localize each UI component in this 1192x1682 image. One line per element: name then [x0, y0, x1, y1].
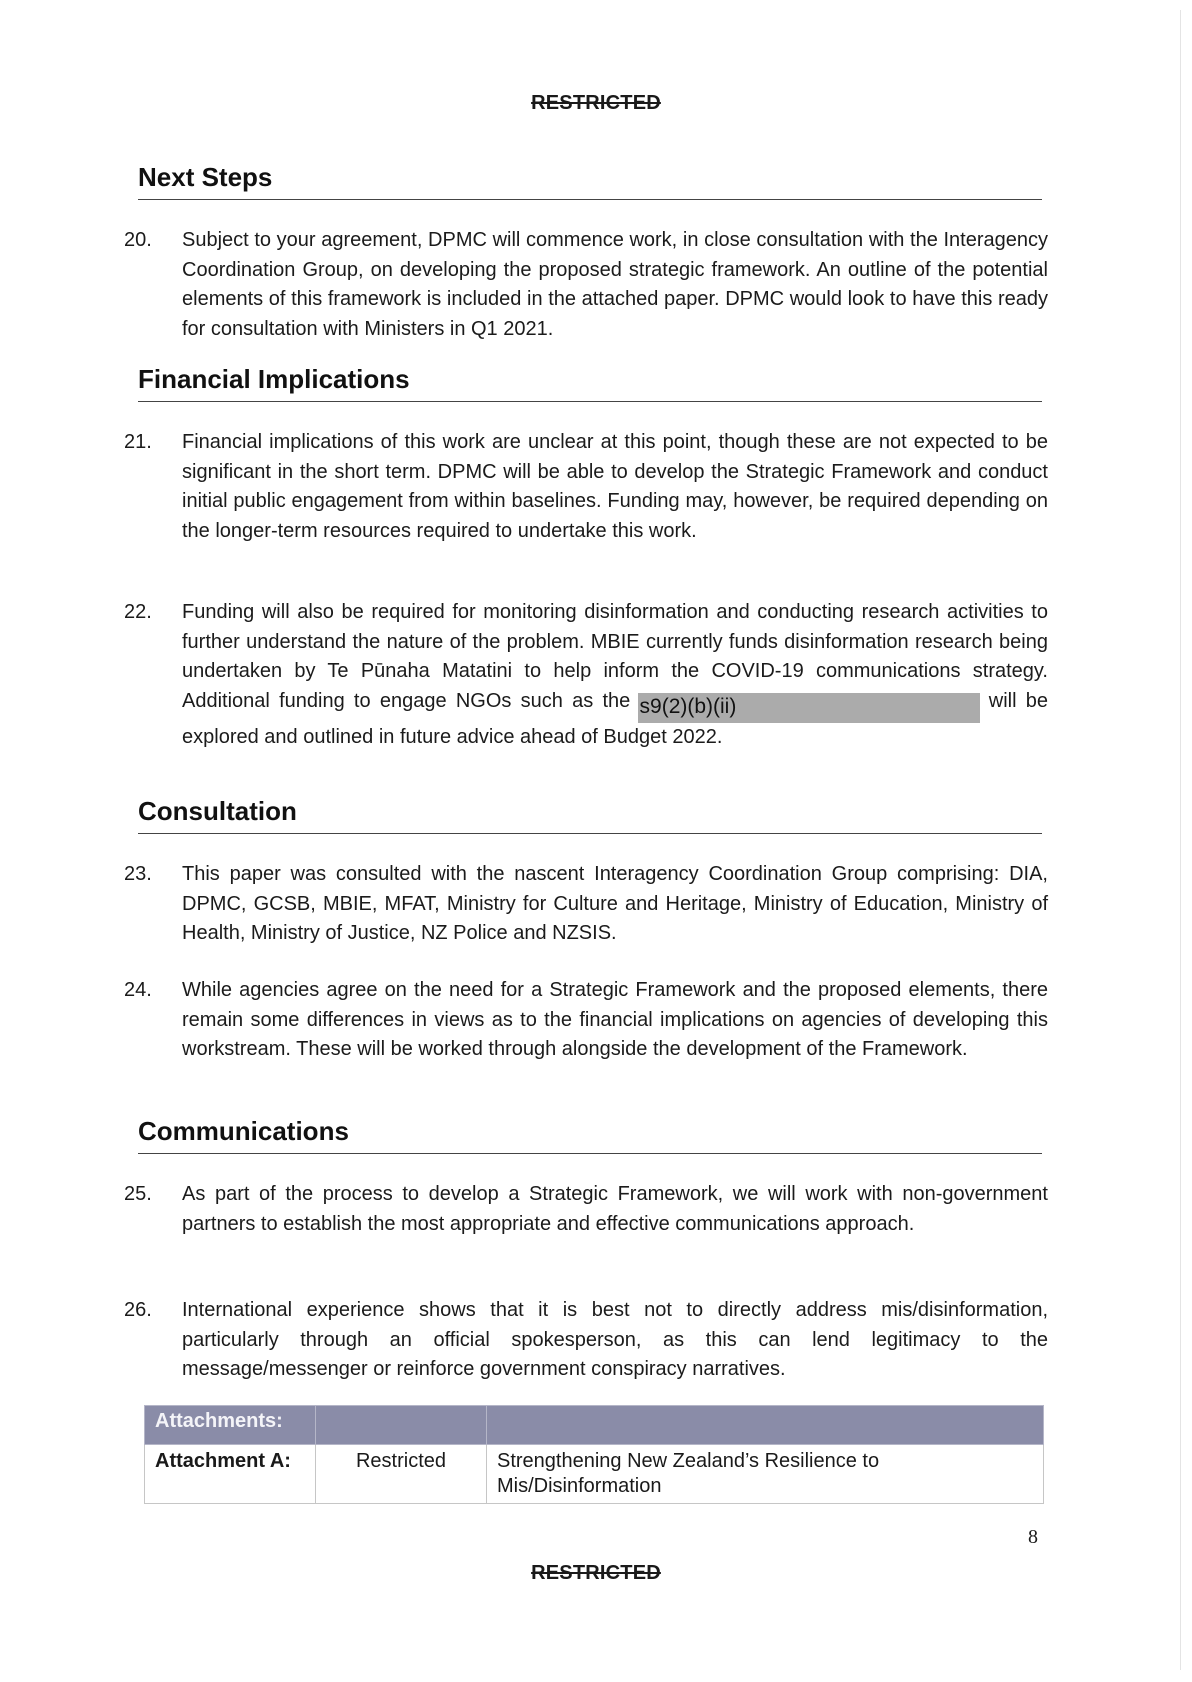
paragraph-text: Subject to your agreement, DPMC will com…	[182, 226, 1048, 344]
paragraph-25: 25. As part of the process to develop a …	[124, 1180, 1048, 1239]
redaction-block: s9(2)(b)(ii)	[638, 693, 980, 723]
attachments-header-col3	[487, 1406, 1044, 1445]
paragraph-number: 23.	[124, 860, 174, 890]
paragraph-26: 26. International experience shows that …	[124, 1296, 1048, 1385]
heading-communications: Communications	[138, 1116, 1042, 1154]
heading-financial-implications: Financial Implications	[138, 364, 1042, 402]
paragraph-21: 21. Financial implications of this work …	[124, 428, 1048, 546]
paragraph-number: 24.	[124, 976, 174, 1006]
attachments-header-row: Attachments:	[145, 1406, 1044, 1445]
table-row: Attachment A: Restricted Strengthening N…	[145, 1445, 1044, 1504]
paragraph-23: 23. This paper was consulted with the na…	[124, 860, 1048, 949]
paragraph-text: International experience shows that it i…	[182, 1296, 1048, 1385]
classification-label: RESTRICTED	[531, 92, 661, 114]
paragraph-text: While agencies agree on the need for a S…	[182, 976, 1048, 1065]
paragraph-text: Financial implications of this work are …	[182, 428, 1048, 546]
page-number: 8	[1028, 1526, 1038, 1549]
paragraph-text: As part of the process to develop a Stra…	[182, 1180, 1048, 1239]
paragraph-text: Funding will also be required for monito…	[182, 598, 1048, 752]
classification-footer: RESTRICTED	[0, 1562, 1192, 1585]
heading-next-steps: Next Steps	[138, 162, 1042, 200]
heading-consultation: Consultation	[138, 796, 1042, 834]
paragraph-number: 20.	[124, 226, 174, 256]
attachment-classification: Restricted	[316, 1445, 487, 1504]
paragraph-20: 20. Subject to your agreement, DPMC will…	[124, 226, 1048, 344]
paragraph-number: 21.	[124, 428, 174, 458]
paragraph-number: 22.	[124, 598, 174, 628]
paragraph-number: 26.	[124, 1296, 174, 1326]
attachments-table: Attachments: Attachment A: Restricted St…	[144, 1405, 1044, 1504]
classification-label: RESTRICTED	[531, 1562, 661, 1584]
paragraph-22: 22. Funding will also be required for mo…	[124, 598, 1048, 752]
paragraph-text: This paper was consulted with the nascen…	[182, 860, 1048, 949]
paragraph-24: 24. While agencies agree on the need for…	[124, 976, 1048, 1065]
attachments-header-label: Attachments:	[145, 1406, 316, 1445]
paragraph-number: 25.	[124, 1180, 174, 1210]
attachments-header-col2	[316, 1406, 487, 1445]
attachment-title: Strengthening New Zealand’s Resilience t…	[487, 1445, 1044, 1504]
attachment-label: Attachment A:	[145, 1445, 316, 1504]
classification-header: RESTRICTED	[0, 92, 1192, 115]
page-edge	[1180, 10, 1181, 1670]
